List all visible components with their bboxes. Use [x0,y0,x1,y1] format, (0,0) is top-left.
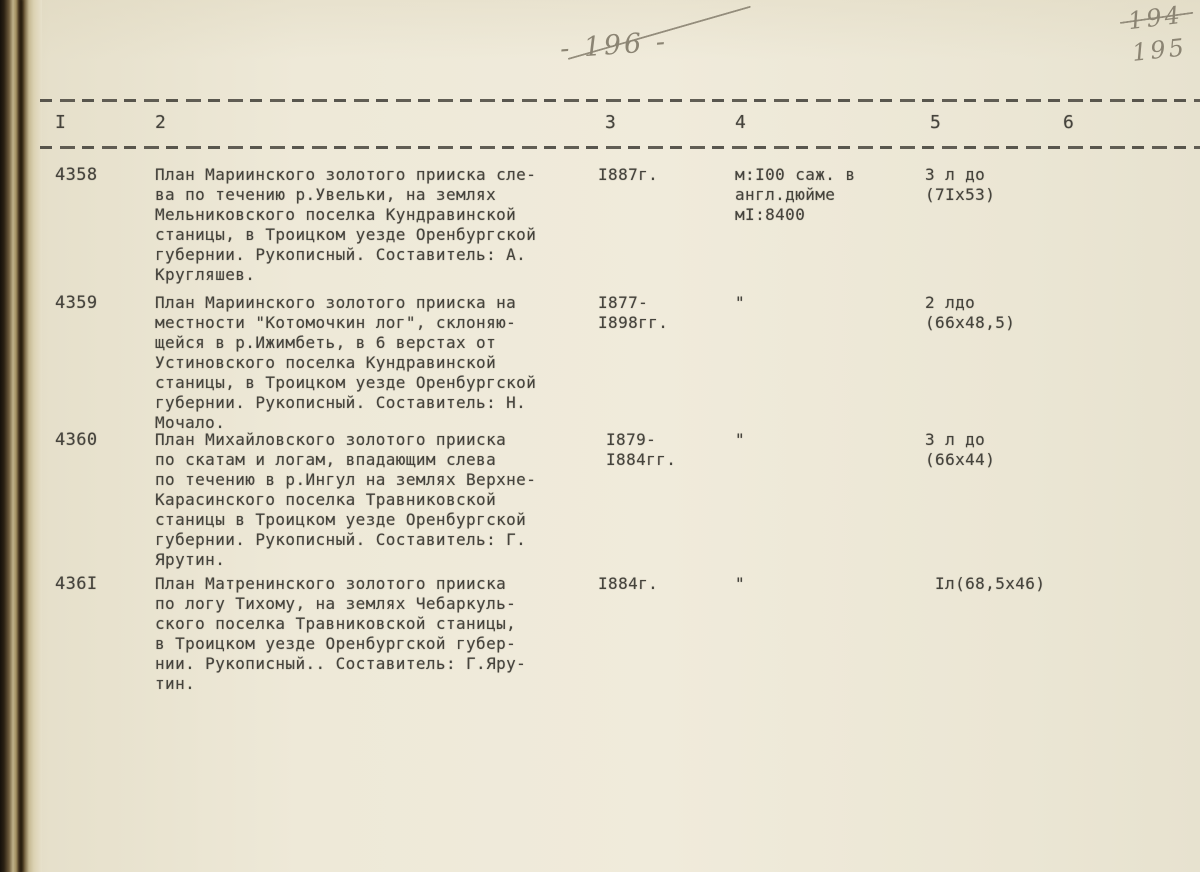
column-header-4: 4 [735,112,746,133]
row-number: 436I [55,574,145,594]
row-scale-ditto: " [735,574,910,594]
row-number: 4358 [55,165,145,185]
column-header-5: 5 [930,112,941,133]
row-description: План Матренинского золотого прииска по л… [155,574,575,694]
row-sheets: 3 л до (66х44) [925,430,1135,470]
row-number: 4359 [55,293,145,313]
row-scale-ditto: " [735,293,910,313]
row-date: I879- I884гг. [598,430,723,470]
row-description: План Мариинского золотого прииска сле- в… [155,165,575,285]
row-date: I887г. [598,165,723,185]
row-date: I884г. [598,574,723,594]
row-number: 4360 [55,430,145,450]
scanned-archive-page: - 196 - 194 195 I 2 3 4 5 6 4358 План Ма… [0,0,1200,872]
row-description: План Михайловского золотого прииска по с… [155,430,575,570]
column-header-3: 3 [605,112,616,133]
row-date: I877- I898гг. [598,293,723,333]
row-scale-ditto: " [735,430,910,450]
header-rule-bottom [40,146,1200,149]
row-sheets: 2 лдо (66х48,5) [925,293,1135,333]
column-header-2: 2 [155,112,166,133]
column-header-6: 6 [1063,112,1074,133]
row-scale: м:I00 саж. в англ.дюйме мI:8400 [735,165,910,225]
table-header-row: I 2 3 4 5 6 [0,112,1200,142]
header-rule-top [40,99,1200,102]
row-description: План Мариинского золотого прииска на мес… [155,293,575,433]
row-sheets: Iл(68,5х46) [925,574,1135,594]
row-sheets: 3 л до (7Iх53) [925,165,1135,205]
column-header-1: I [55,112,66,133]
handwritten-page-number-current: 195 [1131,33,1188,67]
